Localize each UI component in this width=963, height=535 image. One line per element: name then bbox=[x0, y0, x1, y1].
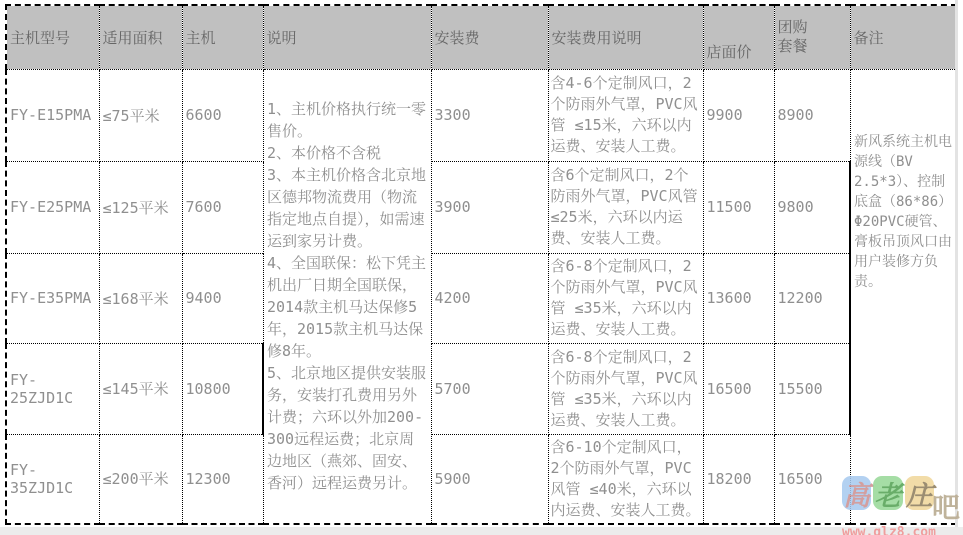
cell-group-price: 16500 bbox=[774, 434, 850, 524]
watermark-url: www.glz8.com bbox=[842, 525, 960, 535]
cell-store-price: 13600 bbox=[703, 253, 774, 343]
cell-store-price: 16500 bbox=[703, 343, 774, 434]
table-row: FY-E15PMA ≤75平米 6600 1、主机价格执行统一零售价。 2、本价… bbox=[6, 69, 956, 161]
cell-install-fee: 5700 bbox=[431, 343, 548, 434]
watermark-badge-zhuang: 庄 bbox=[905, 476, 934, 510]
cell-host-price: 9400 bbox=[182, 253, 263, 343]
watermark-badges: 高 老 庄 吧 bbox=[842, 476, 960, 526]
cell-area: ≤75平米 bbox=[99, 69, 182, 161]
table-row: FY-25ZJD1C ≤145平米 10800 5700 含6-8个定制风口，2… bbox=[6, 343, 956, 434]
cell-store-price: 9900 bbox=[703, 69, 774, 161]
cell-install-desc: 含6-10个定制风口，2个防雨外气罩，PVC风管 ≤40米，六环以内运费、安装人… bbox=[548, 434, 703, 524]
cell-install-fee: 4200 bbox=[431, 253, 548, 343]
cell-host-price: 12300 bbox=[182, 434, 263, 524]
cell-host-price: 10800 bbox=[182, 343, 263, 434]
cell-area: ≤145平米 bbox=[99, 343, 182, 434]
cell-group-price: 12200 bbox=[774, 253, 850, 343]
cell-model: FY-25ZJD1C bbox=[6, 343, 99, 434]
cell-remark-merged: 新风系统主机电源线（BV 2.5*3）、控制底盒（86*86）Φ20PVC硬管、… bbox=[850, 69, 956, 524]
watermark-badge-gao: 高 bbox=[842, 476, 871, 510]
cell-install-fee: 5900 bbox=[431, 434, 548, 524]
cell-area: ≤168平米 bbox=[99, 253, 182, 343]
table-row: FY-E35PMA ≤168平米 9400 4200 含6-8个定制风口，2个防… bbox=[6, 253, 956, 343]
cell-store-price: 11500 bbox=[703, 161, 774, 253]
header-row: 主机型号 适用面积 主机 说明 安装费 安装费用说明 店面价 团购套餐 备注 bbox=[6, 5, 956, 69]
right-edge-strip bbox=[955, 0, 958, 535]
cell-area: ≤125平米 bbox=[99, 161, 182, 253]
cell-model: FY-E15PMA bbox=[6, 69, 99, 161]
col-header-install-fee: 安装费 bbox=[431, 5, 548, 69]
col-header-area: 适用面积 bbox=[99, 5, 182, 69]
col-header-store-price: 店面价 bbox=[703, 5, 774, 69]
watermark-suffix-char: 吧 bbox=[932, 486, 960, 526]
cell-host-price: 6600 bbox=[182, 69, 263, 161]
cell-install-fee: 3300 bbox=[431, 69, 548, 161]
watermark-badge-lao: 老 bbox=[873, 476, 902, 510]
cell-group-price: 15500 bbox=[774, 343, 850, 434]
col-header-remark: 备注 bbox=[850, 5, 956, 69]
col-header-host-price: 主机 bbox=[182, 5, 263, 69]
cell-model: FY-E25PMA bbox=[6, 161, 99, 253]
bottom-edge-strip bbox=[0, 527, 963, 535]
col-header-model: 主机型号 bbox=[6, 5, 99, 69]
cell-install-desc: 含6-8个定制风口，2个防雨外气罩，PVC风管 ≤35米，六环以内运费、安装人工… bbox=[548, 253, 703, 343]
price-table: 主机型号 适用面积 主机 说明 安装费 安装费用说明 店面价 团购套餐 备注 F… bbox=[5, 4, 957, 525]
col-header-install-desc: 安装费用说明 bbox=[548, 5, 703, 69]
table-row: FY-E25PMA ≤125平米 7600 3900 含6个定制风口，2个防雨外… bbox=[6, 161, 956, 253]
col-header-description: 说明 bbox=[263, 5, 431, 69]
cell-install-fee: 3900 bbox=[431, 161, 548, 253]
cell-model: FY-35ZJD1C bbox=[6, 434, 99, 524]
cell-group-price: 9800 bbox=[774, 161, 850, 253]
table-row: FY-35ZJD1C ≤200平米 12300 5900 含6-10个定制风口，… bbox=[6, 434, 956, 524]
cell-install-desc: 含6个定制风口，2个防雨外气罩，PVC风管 ≤25米，六环以内运费、安装人工费。 bbox=[548, 161, 703, 253]
watermark: 高 老 庄 吧 www.glz8.com bbox=[842, 476, 960, 535]
cell-install-desc: 含6-8个定制风口，2个防雨外气罩，PVC风管 ≤35米，六环以内运费、安装人工… bbox=[548, 343, 703, 434]
cell-install-desc: 含4-6个定制风口，2个防雨外气罩，PVC风管 ≤15米，六环以内运费、安装人工… bbox=[548, 69, 703, 161]
cell-description-merged: 1、主机价格执行统一零售价。 2、本价格不含税 3、本主机价格含北京地区德邦物流… bbox=[263, 69, 431, 524]
cell-host-price: 7600 bbox=[182, 161, 263, 253]
cell-model: FY-E35PMA bbox=[6, 253, 99, 343]
cell-area: ≤200平米 bbox=[99, 434, 182, 524]
cell-store-price: 18200 bbox=[703, 434, 774, 524]
pricing-table-screenshot: 主机型号 适用面积 主机 说明 安装费 安装费用说明 店面价 团购套餐 备注 F… bbox=[0, 0, 963, 535]
col-header-group-price-label: 团购套餐 bbox=[778, 18, 812, 56]
cell-group-price: 8900 bbox=[774, 69, 850, 161]
col-header-group-price: 团购套餐 bbox=[774, 5, 850, 69]
